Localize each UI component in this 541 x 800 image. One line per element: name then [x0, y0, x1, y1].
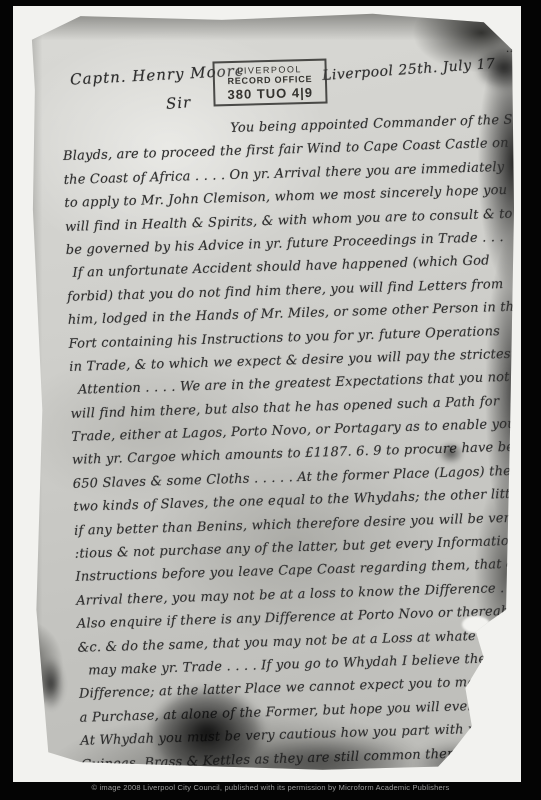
manuscript-paper: .1. Captn. Henry Moore Sir Liverpool 25t… [20, 10, 516, 772]
microfilm-scan: .1. Captn. Henry Moore Sir Liverpool 25t… [0, 0, 541, 800]
archive-stamp: LIVERPOOL RECORD OFFICE 380 TUO 4|9 [212, 59, 327, 107]
letter-body: You being appointed Commander of the Shi… [62, 109, 533, 777]
stamp-reference: 380 TUO 4|9 [219, 85, 321, 103]
copyright-line: © image 2008 Liverpool City Council, pub… [0, 783, 541, 792]
dateline: Liverpool 25th. July 17 [322, 56, 496, 84]
salutation: Sir [165, 93, 191, 113]
